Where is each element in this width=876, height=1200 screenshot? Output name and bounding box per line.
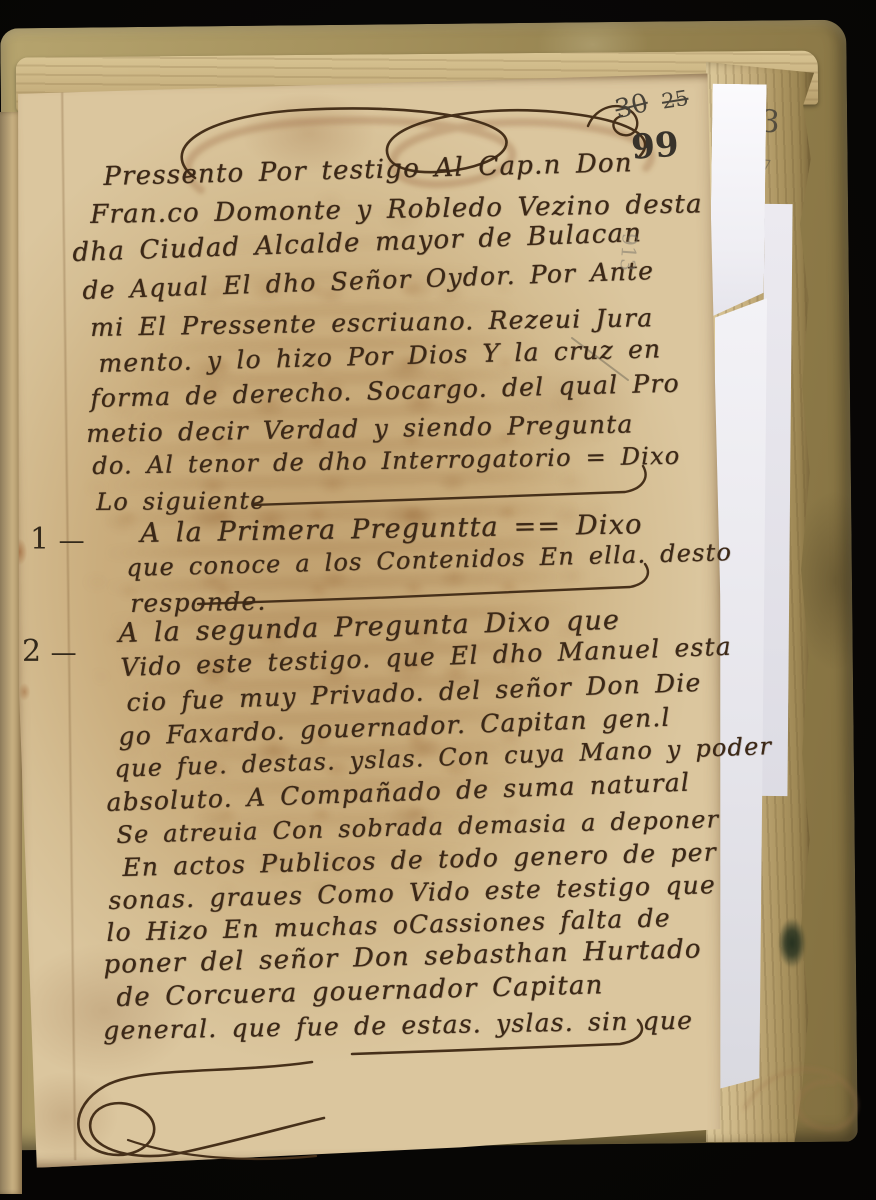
folio-number-crossed-25: 25 (660, 86, 690, 114)
manuscript-line: Lo siguiente (96, 487, 266, 516)
margin-number-label: 1 (30, 522, 49, 557)
manuscript-photograph: 3 17 Pressento Por testigo Al Cap.n Don … (0, 0, 876, 1200)
margin-number-2: 2 — (22, 634, 75, 669)
folio-number-current: 99 (630, 125, 680, 168)
margin-number-label: 2 (22, 634, 41, 669)
ink-stain-on-edges (778, 918, 806, 968)
margin-number-1: 1 — (30, 522, 83, 557)
margin-number-dash: — (59, 526, 83, 556)
margin-number-dash: — (51, 638, 75, 668)
manuscript-line: responde. (130, 587, 267, 618)
bookmark-slip-top (709, 84, 766, 319)
folio-number-faint-rotated: 913 (615, 232, 642, 272)
